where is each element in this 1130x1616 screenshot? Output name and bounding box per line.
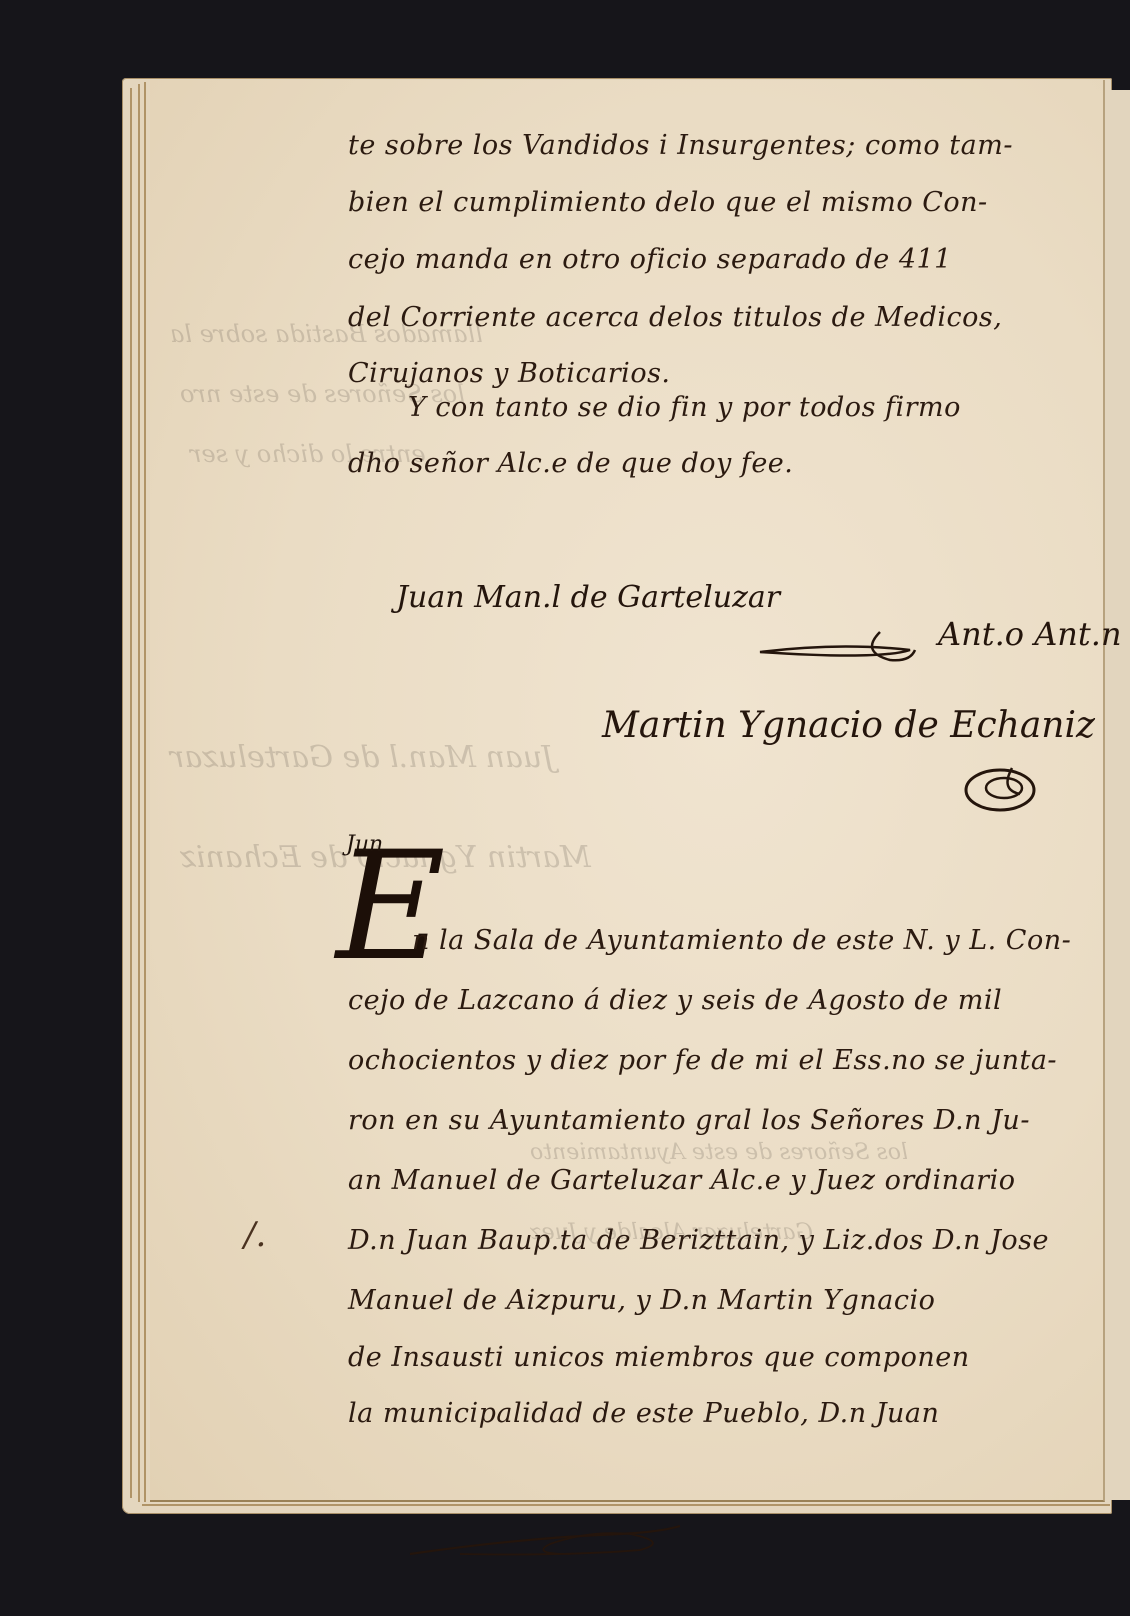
page-edge-line [144,82,146,1502]
signature-antonio: Ant.o Ant.n [938,615,1122,653]
text-line: la municipalidad de este Pueblo, D.n Jua… [348,1398,939,1429]
signature-echaniz: Martin Ygnacio de Echaniz [602,705,1095,746]
text-line: del Corriente acerca delos titulos de Me… [348,302,1002,333]
facing-page-edge [1103,90,1130,1500]
text-line: Cirujanos y Boticarios. [348,358,671,389]
rubric-flourish-icon [960,760,1040,820]
closing-line: Y con tanto se dio fin y por todos firmo [408,392,961,423]
page-edge-line [130,88,132,1498]
text-line: cejo de Lazcano á diez y seis de Agosto … [348,985,1002,1016]
closing-line: dho señor Alc.e de que doy fee. [348,448,793,479]
page-edge-line [142,1504,1110,1506]
text-line: de Insausti unicos miembros que componen [348,1342,970,1373]
text-line: D.n Juan Baup.ta de Berizttain, y Liz.do… [348,1225,1049,1256]
text-line: bien el cumplimiento delo que el mismo C… [348,187,988,218]
text-line: n la Sala de Ayuntamiento de este N. y L… [412,925,1071,956]
page-edge-line [138,84,140,1502]
text-line: Manuel de Aizpuru, y D.n Martin Ygnacio [348,1285,935,1316]
bleed-through-text: los Señores de este Ayuntamiento [530,1140,908,1165]
text-line: ochocientos y diez por fe de mi el Ess.n… [348,1045,1057,1076]
margin-mark: /. [244,1215,266,1255]
text-line: an Manuel de Garteluzar Alc.e y Juez ord… [348,1165,1015,1196]
text-line: ron en su Ayuntamiento gral los Señores … [348,1105,1030,1136]
signature-garteluzar: Juan Man.l de Garteluzar [396,580,780,615]
closing-flourish-icon [400,1520,700,1570]
text-line: cejo manda en otro oficio separado de 41… [348,244,952,275]
bleed-through-signature: Juan Man.l de Garteluzar [170,740,554,775]
margin-note: Jun [346,832,383,857]
manuscript-page: llamados Bastida sobre la los Señores de… [150,80,1105,1502]
text-line: te sobre los Vandidos i Insurgentes; com… [348,130,1013,161]
